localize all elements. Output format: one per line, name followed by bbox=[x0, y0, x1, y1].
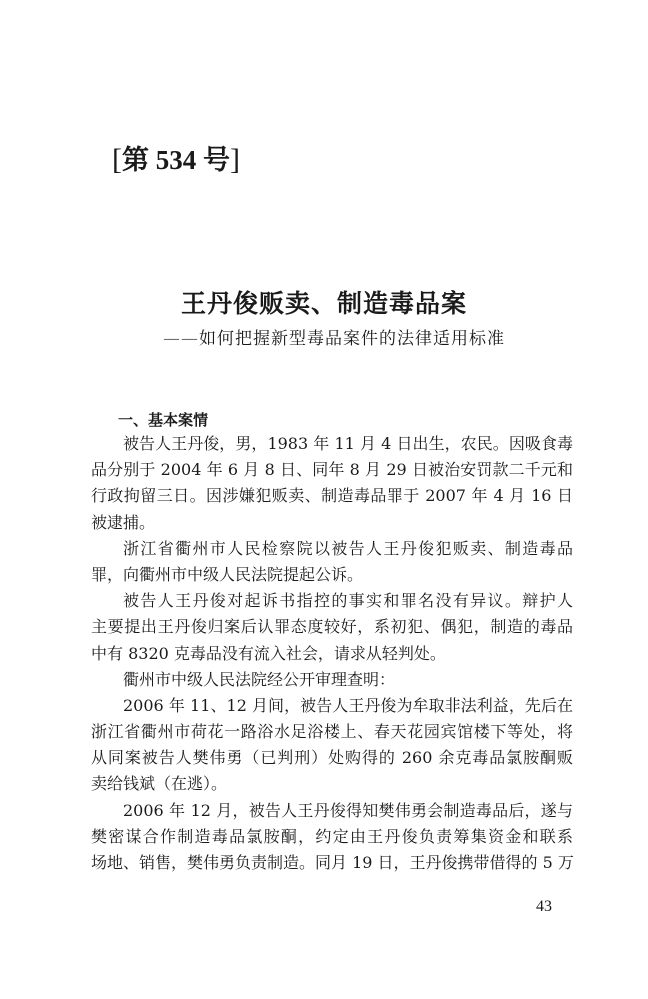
text-line: 浙江省衢州市人民检察院以被告人王丹俊犯贩卖、制造毒品 bbox=[91, 536, 573, 562]
page-number: 43 bbox=[536, 898, 552, 916]
text-line: 行政拘留三日。因涉嫌犯贩卖、制造毒品罪于 2007 年 4 月 16 日 bbox=[91, 483, 573, 509]
text-line: 被告人王丹俊，男，1983 年 11 月 4 日出生，农民。因吸食毒 bbox=[91, 431, 573, 457]
text-line: 卖给钱斌（在逃）。 bbox=[91, 771, 573, 797]
text-line: 主要提出王丹俊归案后认罪态度较好，系初犯、偶犯，制造的毒品 bbox=[91, 614, 573, 640]
case-title: 王丹俊贩卖、制造毒品案 bbox=[0, 284, 648, 320]
text-line: 中有 8320 克毒品没有流入社会，请求从轻判处。 bbox=[91, 641, 573, 667]
text-line: 2006 年 11、12 月间，被告人王丹俊为牟取非法利益，先后在 bbox=[91, 693, 573, 719]
case-subtitle: ——如何把握新型毒品案件的法律适用标准 bbox=[0, 324, 648, 349]
text-line: 罪，向衢州市中级人民法院提起公诉。 bbox=[91, 562, 573, 588]
text-line: 2006 年 12 月，被告人王丹俊得知樊伟勇会制造毒品后，遂与 bbox=[91, 798, 573, 824]
text-line: 被逮捕。 bbox=[91, 510, 573, 536]
text-line: 被告人王丹俊对起诉书指控的事实和罪名没有异议。辩护人 bbox=[91, 588, 573, 614]
case-number-text: 第 534 号 bbox=[122, 145, 230, 175]
text-line: 场地、销售，樊伟勇负责制造。同月 19 日，王丹俊携带借得的 5 万 bbox=[91, 850, 573, 876]
text-line: 樊密谋合作制造毒品氯胺酮，约定由王丹俊负责筹集资金和联系 bbox=[91, 824, 573, 850]
body-text: 被告人王丹俊，男，1983 年 11 月 4 日出生，农民。因吸食毒品分别于 2… bbox=[91, 431, 573, 876]
case-number: [第 534 号] bbox=[112, 138, 240, 177]
text-line: 浙江省衢州市荷花一路浴水足浴楼上、春天花园宾馆楼下等处，将 bbox=[91, 719, 573, 745]
text-line: 衢州市中级人民法院经公开审理查明： bbox=[91, 667, 573, 693]
text-line: 品分别于 2004 年 6 月 8 日、同年 8 月 29 日被治安罚款二千元和 bbox=[91, 457, 573, 483]
case-number-open-bracket: [ bbox=[112, 143, 122, 176]
section-heading: 一、基本案情 bbox=[118, 409, 208, 430]
case-number-close-bracket: ] bbox=[230, 143, 240, 176]
text-line: 从同案被告人樊伟勇（已判刑）处购得的 260 余克毒品氯胺酮贩 bbox=[91, 745, 573, 771]
